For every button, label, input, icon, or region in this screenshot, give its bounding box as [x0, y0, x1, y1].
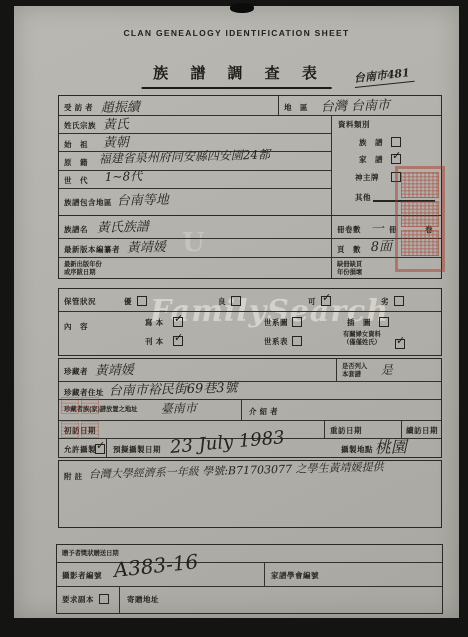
content-pedigree-chart-checkbox [292, 317, 302, 327]
content-printed-checkbox: ✓ [173, 336, 183, 346]
material-option-zupu-label: 族 譜 [359, 137, 383, 148]
keeper-label: 珍藏者 [64, 366, 88, 377]
photographer-number-value: A383-16 [112, 549, 199, 582]
condition-good-label: 良 [218, 296, 226, 307]
content-illustration-checkbox [379, 317, 389, 327]
clan-label: 姓氏宗族 [64, 120, 96, 131]
content-pedigree-table-label: 世系表 [264, 336, 288, 347]
society-number-label: 家譜學會編號 [271, 570, 319, 581]
material-option-tablet-label: 神主牌 [355, 172, 379, 183]
filming-permission-label: 允許攝製 [64, 444, 96, 455]
volumes-value: 一 [371, 218, 385, 237]
compiler-value: 黃靖媛 [127, 236, 166, 256]
content-illustration-label: 插 圖 [347, 317, 371, 328]
material-option-jiapu-checkbox: ✓ [391, 154, 401, 164]
condition-fair-checkbox: ✓ [321, 296, 331, 306]
filming-place-label: 攝製地點 [341, 444, 373, 455]
filming-place-value: 桃園 [374, 434, 407, 458]
red-seal-stamp-icon [395, 166, 445, 272]
area-label: 地 區 [284, 102, 308, 113]
office-use-table: 贈予者獎狀贈送日期 攝影者編號 A383-16 家譜學會編號 要求副本 寄贈地址 [56, 544, 443, 614]
content-printed-label: 刊 本 [145, 336, 164, 347]
condition-excellent-checkbox [137, 296, 147, 306]
note-box: 附 註 台灣大學經濟系一年級 學號:B71703077 之學生黃靖媛提供 [58, 460, 442, 528]
volume-info-table: 族譜名 黃氏族譜 冊卷數 一 冊 卷 最新版本編纂者 黃靖媛 頁 數 8面 最新… [58, 215, 442, 279]
generations-value: 1~8代 [105, 167, 143, 185]
planned-filming-date-value: 23 July 1983 [169, 427, 285, 458]
content-manuscript-label: 寫 本 [145, 317, 164, 328]
storage-address-value: 臺南市 [161, 399, 197, 417]
content-label: 內 容 [64, 321, 88, 332]
publication-year-label: 最新出版年份 或序跋日期 [64, 261, 102, 276]
condition-good-checkbox [231, 296, 241, 306]
ancestor-label: 始 祖 [64, 139, 88, 150]
origin-label: 原 籍 [64, 157, 88, 168]
photographer-number-label: 攝影者編號 [62, 570, 102, 581]
red-seal-fragment-icon [60, 396, 104, 434]
coverage-label: 族譜包含地區 [64, 197, 112, 208]
mailing-address-label: 寄贈地址 [127, 594, 159, 605]
introducer-label: 介 紹 者 [249, 406, 278, 417]
copy-request-label: 要求副本 [62, 594, 94, 605]
material-option-zupu-checkbox [391, 137, 401, 147]
note-label: 附 註 [64, 471, 83, 482]
identification-table: 受 訪 者 趙振續 地 區 台灣 台南市 姓氏宗族 黃氏 始 祖 黃朝 原 籍 … [58, 95, 442, 216]
compiler-label: 最新版本編纂者 [64, 244, 120, 255]
document-page: CLAN GENEALOGY IDENTIFICATION SHEET 族 譜 … [14, 6, 459, 618]
award-date-label: 贈予者獎狀贈送日期 [62, 550, 119, 558]
content-women-info-label: 有關婦女資料 （僅僅姓氏） [343, 331, 381, 346]
condition-poor-checkbox [394, 296, 404, 306]
area-value: 台灣 台南市 [321, 94, 391, 115]
genealogy-title-label: 族譜名 [64, 224, 88, 235]
condition-label: 保管狀況 [64, 296, 96, 307]
included-in-set-value: 是 [381, 361, 393, 378]
material-option-other-label: 其他 [355, 192, 371, 203]
chinese-title: 族 譜 調 查 表 [141, 62, 332, 89]
condition-poor-label: 劣 [381, 296, 389, 307]
english-title: CLAN GENEALOGY IDENTIFICATION SHEET [14, 28, 459, 38]
serial-number-handwritten: 台南市481 [353, 64, 415, 88]
volumes-label: 冊卷數 [337, 224, 361, 235]
planned-filming-date-label: 預擬攝製日期 [113, 444, 161, 455]
missing-pages-label: 缺冊缺頁 年份損壞 [337, 261, 362, 276]
note-text: 台灣大學經濟系一年級 學號:B71703077 之學生黃靖媛提供 [89, 458, 384, 482]
follow-visit-label: 續訪日期 [406, 425, 438, 436]
revisit-label: 重訪日期 [330, 425, 362, 436]
ancestor-value: 黃朝 [103, 131, 130, 151]
coverage-value: 台南等地 [117, 189, 169, 209]
scan-shadow-mark [230, 3, 254, 13]
material-option-jiapu-label: 家 譜 [359, 154, 383, 165]
custody-table: 珍藏者 黃靖媛 是否列入 本套譜 是 珍藏者住址 台南市裕民街69巷3號 珍藏者… [58, 358, 442, 458]
included-in-set-label: 是否列入 本套譜 [342, 363, 367, 378]
copy-request-checkbox [99, 594, 109, 604]
genealogy-title-value: 黃氏族譜 [97, 216, 149, 236]
interviewee-label: 受 訪 者 [64, 102, 93, 113]
content-women-info-checkbox: ✓ [395, 339, 405, 349]
pages-label: 頁 數 [337, 244, 361, 255]
origin-value: 福建省泉州府同安縣四安園24都 [99, 146, 271, 167]
material-type-header: 資料類別 [338, 119, 370, 130]
keeper-value: 黃靖媛 [95, 359, 134, 379]
clan-value: 黃氏 [103, 113, 130, 133]
condition-fair-label: 可 [308, 296, 316, 307]
filming-permission-checkbox: ✓ [95, 444, 105, 454]
keeper-address-value: 台南市裕民街69巷3號 [109, 377, 238, 399]
content-pedigree-chart-label: 世系圖 [264, 317, 288, 328]
pages-value: 8面 [371, 235, 393, 255]
content-pedigree-table-checkbox [292, 336, 302, 346]
generations-label: 世 代 [64, 175, 88, 186]
condition-content-table: 保管狀況 優 良 可 ✓ 劣 內 容 寫 本 ✓ 世系圖 插 圖 刊 本 ✓ 世… [58, 288, 442, 356]
condition-excellent-label: 優 [124, 296, 132, 307]
content-manuscript-checkbox: ✓ [173, 317, 183, 327]
